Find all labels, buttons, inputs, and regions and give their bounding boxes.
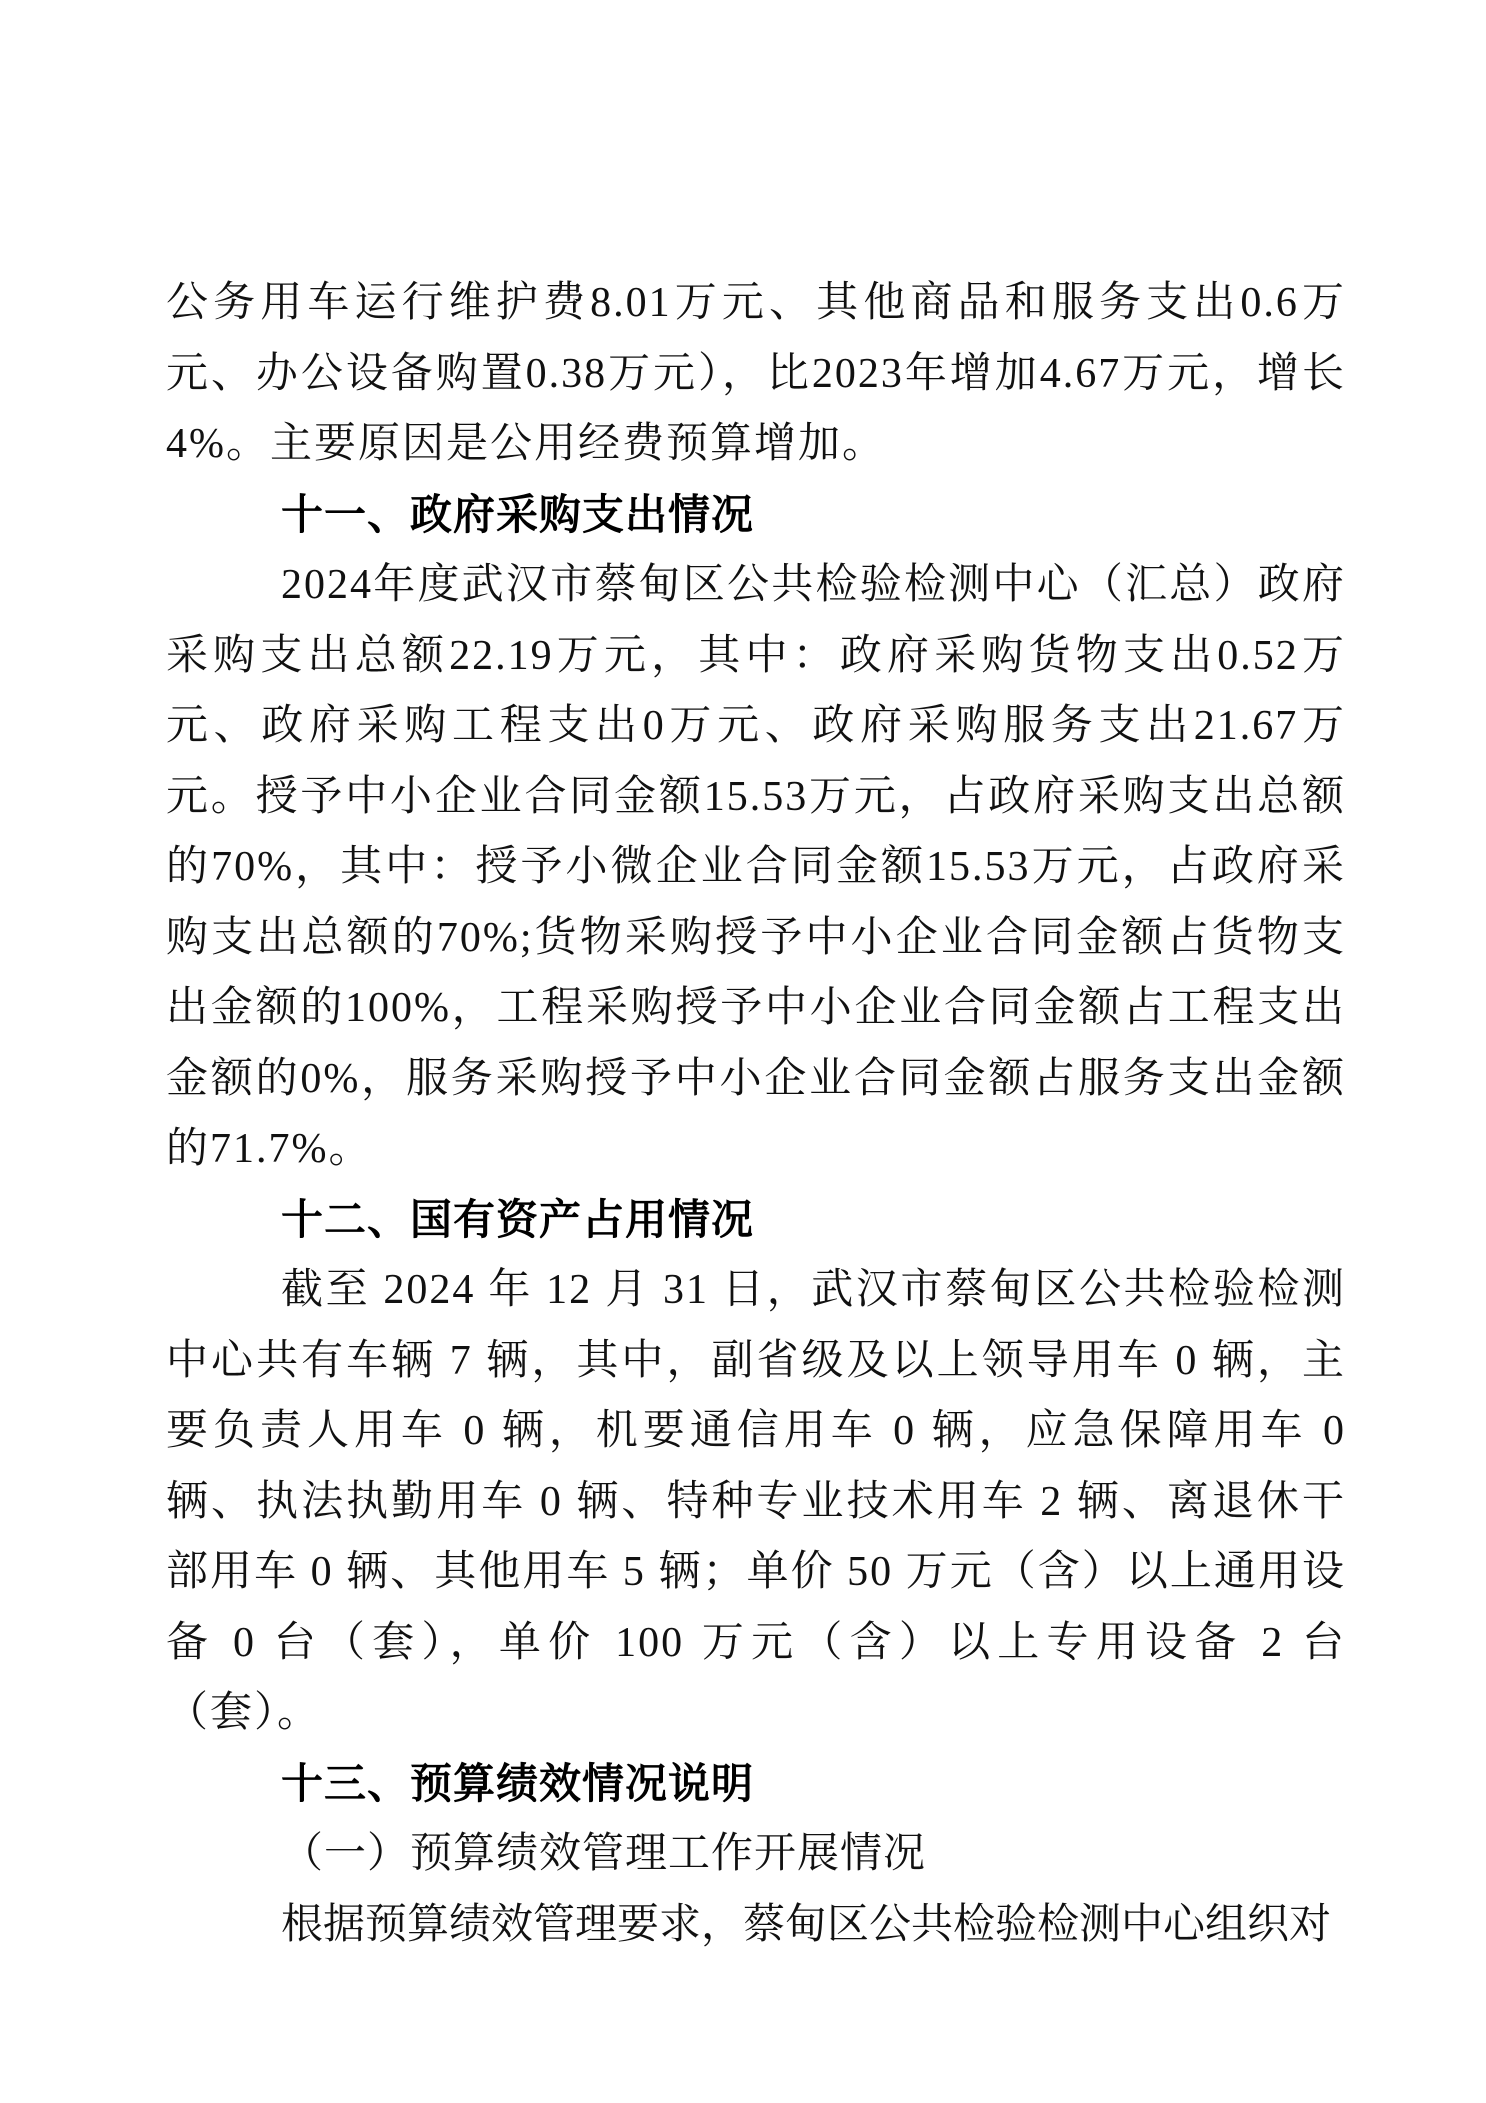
heading-section-12-state-assets: 十二、国有资产占用情况 <box>166 1185 1346 1256</box>
document-body: 公务用车运行维护费8.01万元、其他商品和服务支出0.6万元、办公设备购置0.3… <box>166 268 1346 1960</box>
paragraph-vehicle-fee-continuation: 公务用车运行维护费8.01万元、其他商品和服务支出0.6万元、办公设备购置0.3… <box>166 268 1346 480</box>
subheading-performance-management: （一）预算绩效管理工作开展情况 <box>166 1819 1346 1890</box>
heading-section-13-budget-performance: 十三、预算绩效情况说明 <box>166 1749 1346 1820</box>
paragraph-performance-intro: 根据预算绩效管理要求，蔡甸区公共检验检测中心组织对 <box>166 1890 1346 1961</box>
paragraph-state-assets-details: 截至 2024 年 12 月 31 日，武汉市蔡甸区公共检验检测中心共有车辆 7… <box>166 1255 1346 1749</box>
paragraph-procurement-details: 2024年度武汉市蔡甸区公共检验检测中心（汇总）政府采购支出总额22.19万元，… <box>166 550 1346 1185</box>
document-page: 公务用车运行维护费8.01万元、其他商品和服务支出0.6万元、办公设备购置0.3… <box>0 0 1486 2103</box>
heading-section-11-government-procurement: 十一、政府采购支出情况 <box>166 480 1346 551</box>
